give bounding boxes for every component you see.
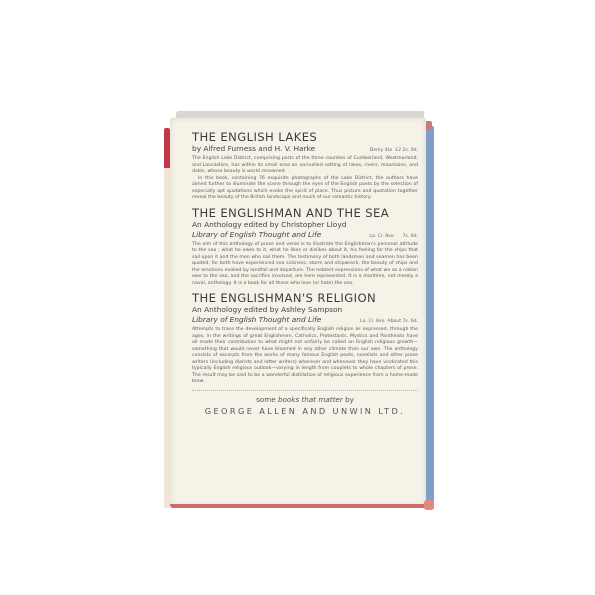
book-description: Attempts to trace the development of a s…	[192, 327, 418, 386]
book-byline: An Anthology edited by Ashley Sampson	[192, 305, 418, 315]
book-price: La. Cr. 8vo About 7s. 6d.	[360, 317, 418, 327]
book-entry-englishman-sea: THE ENGLISHMAN AND THE SEA An Anthology …	[192, 206, 418, 288]
book-series: Library of English Thought and Life	[192, 315, 321, 325]
book-byline-row: by Alfred Furness and H. V. Harke Demy 4…	[192, 144, 418, 156]
book-series: Library of English Thought and Life	[192, 230, 321, 240]
book-entry-englishmans-religion: THE ENGLISHMAN'S RELIGION An Anthology e…	[192, 291, 418, 386]
book-title: THE ENGLISH LAKES	[192, 130, 418, 144]
book-title: THE ENGLISHMAN AND THE SEA	[192, 206, 418, 220]
book-title: THE ENGLISHMAN'S RELIGION	[192, 291, 418, 305]
book-price: La. Cr. 8vo 7s. 6d.	[369, 232, 418, 242]
book-bottom-edge	[170, 504, 428, 508]
book-byline: An Anthology edited by Christopher Lloyd	[192, 220, 418, 230]
book-spine	[426, 126, 434, 504]
book-description: The aim of this anthology of prose and v…	[192, 242, 418, 288]
book-entry-english-lakes: THE ENGLISH LAKES by Alfred Furness and …	[192, 130, 418, 202]
publisher-tagline: some books that matter by	[192, 395, 418, 404]
book-series-row: Library of English Thought and Life La. …	[192, 315, 418, 327]
book-description: The English Lake District, comprising pa…	[192, 156, 418, 176]
book-byline: by Alfred Furness and H. V. Harke	[192, 144, 315, 154]
book-description: In this book, containing 76 exquisite ph…	[192, 176, 418, 202]
spine-corner-bottom	[424, 500, 434, 510]
divider	[192, 390, 418, 391]
book-price: Demy 4to £2 2s. 0d.	[370, 146, 418, 156]
advert-content: THE ENGLISH LAKES by Alfred Furness and …	[192, 130, 418, 416]
book-series-row: Library of English Thought and Life La. …	[192, 230, 418, 242]
publisher-name: GEORGE ALLEN AND UNWIN LTD.	[192, 406, 418, 416]
